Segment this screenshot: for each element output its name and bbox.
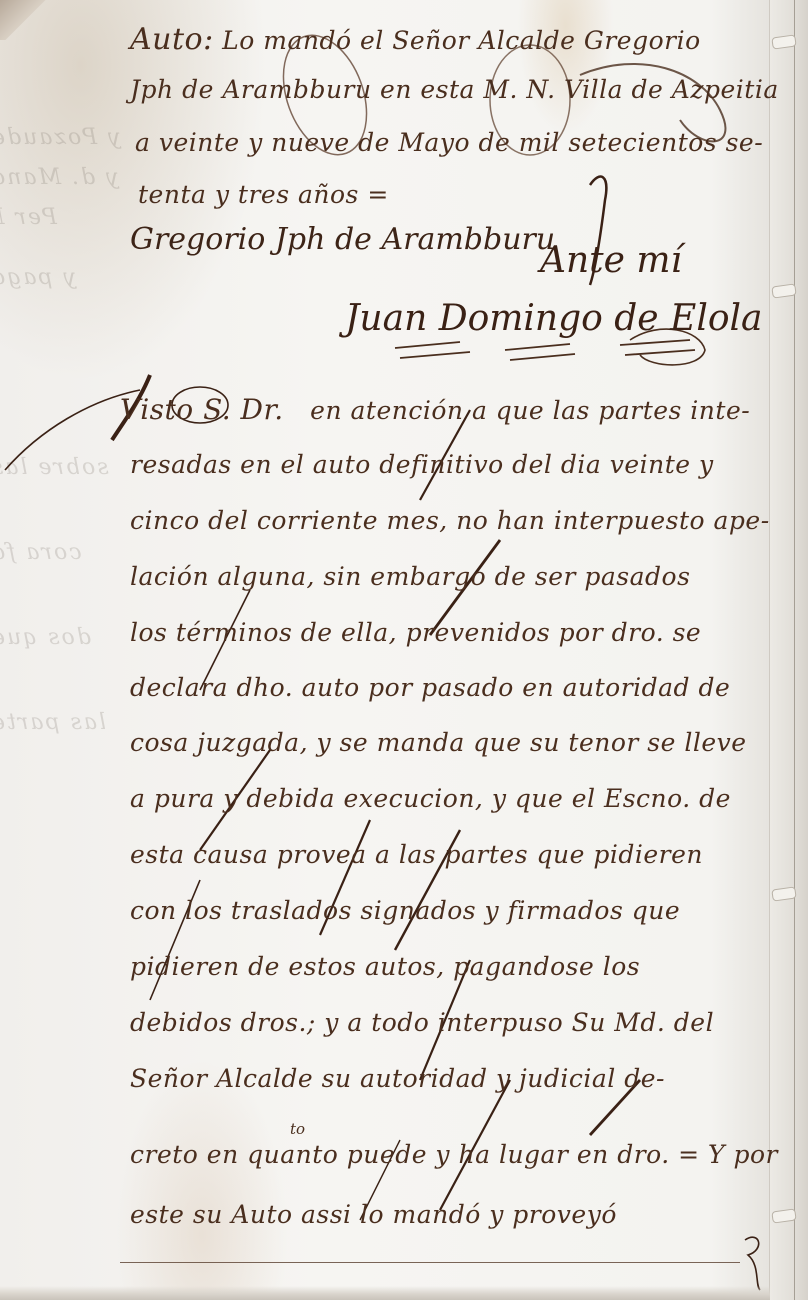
decree-line: Lo mandó el Señor Alcalde Gregorio [222,26,701,55]
bleed-through-text: y Pozaude [0,125,121,150]
ruling-line: Señor Alcalde su autoridad y judicial de… [130,1064,665,1093]
torn-corner [0,0,60,40]
decree-heading-line: Auto: Lo mandó el Señor Alcalde Gregorio [130,22,701,57]
signature-notary: Juan Domingo de Elola [345,298,762,339]
ruling-line: esta causa provea a las partes que pidie… [130,840,703,869]
manuscript-page: y Pozaude y d. Mano Per M y pago sobre l… [0,0,808,1300]
attestation-ante-mi: Ante mí [540,240,682,281]
ruling-line: debidos dros.; y a todo interpuso Su Md.… [130,1008,714,1037]
ruling-line: este su Auto assi lo mandó y proveyó [130,1200,617,1229]
ink-flourishes [0,0,808,1300]
ruling-line: resadas en el auto definitivo del dia ve… [130,450,714,479]
bleed-through-text: sobre las [0,455,109,480]
closing-rule-line [120,1262,740,1263]
decree-line: tenta y tres años = [138,180,389,209]
ruling-line: creto en quanto puede y ha lugar en dro.… [130,1140,778,1169]
decree-line: Jph de Arambburu en esta M. N. Villa de … [130,75,779,104]
bleed-through-text: y pago [0,265,76,290]
bleed-through-text: y d. Mano [0,165,119,190]
ruling-line: los términos de ella, prevenidos por dro… [130,618,701,647]
signature-alcalde: Gregorio Jph de Arambburu [130,222,555,257]
bleed-through-text: Per M [0,205,57,230]
binding-fold-line [794,0,795,1300]
ruling-line: declara dho. auto por pasado en autorida… [130,673,730,702]
ruling-line: en atención a que las partes inte- [310,396,750,425]
ruling-line: cinco del corriente mes, no han interpue… [130,506,770,535]
decree-line: a veinte y nueve de Mayo de mil setecien… [135,128,763,157]
ruling-line: con los traslados signados y firmados qu… [130,896,680,925]
bleed-through-text: las parte [0,710,106,735]
ruling-opening: Visto S. Dr. [120,393,284,426]
ruling-first-line: Visto S. Dr. en atención a que las parte… [120,393,750,426]
page-bottom-edge [0,1286,770,1300]
bleed-through-text: cora fo [0,540,82,565]
ruling-line: lación alguna, sin embargo de ser pasado… [130,562,690,591]
decree-heading: Auto: [130,22,214,57]
bleed-through-text: dos que [0,625,91,650]
superscript-note: to [290,1120,305,1138]
ruling-line: cosa juzgada, y se manda que su tenor se… [130,728,747,757]
ruling-line: pidieren de estos autos, pagandose los [130,952,640,981]
ruling-line: a pura y debida execucion, y que el Escn… [130,784,731,813]
binding-edge [769,0,808,1300]
